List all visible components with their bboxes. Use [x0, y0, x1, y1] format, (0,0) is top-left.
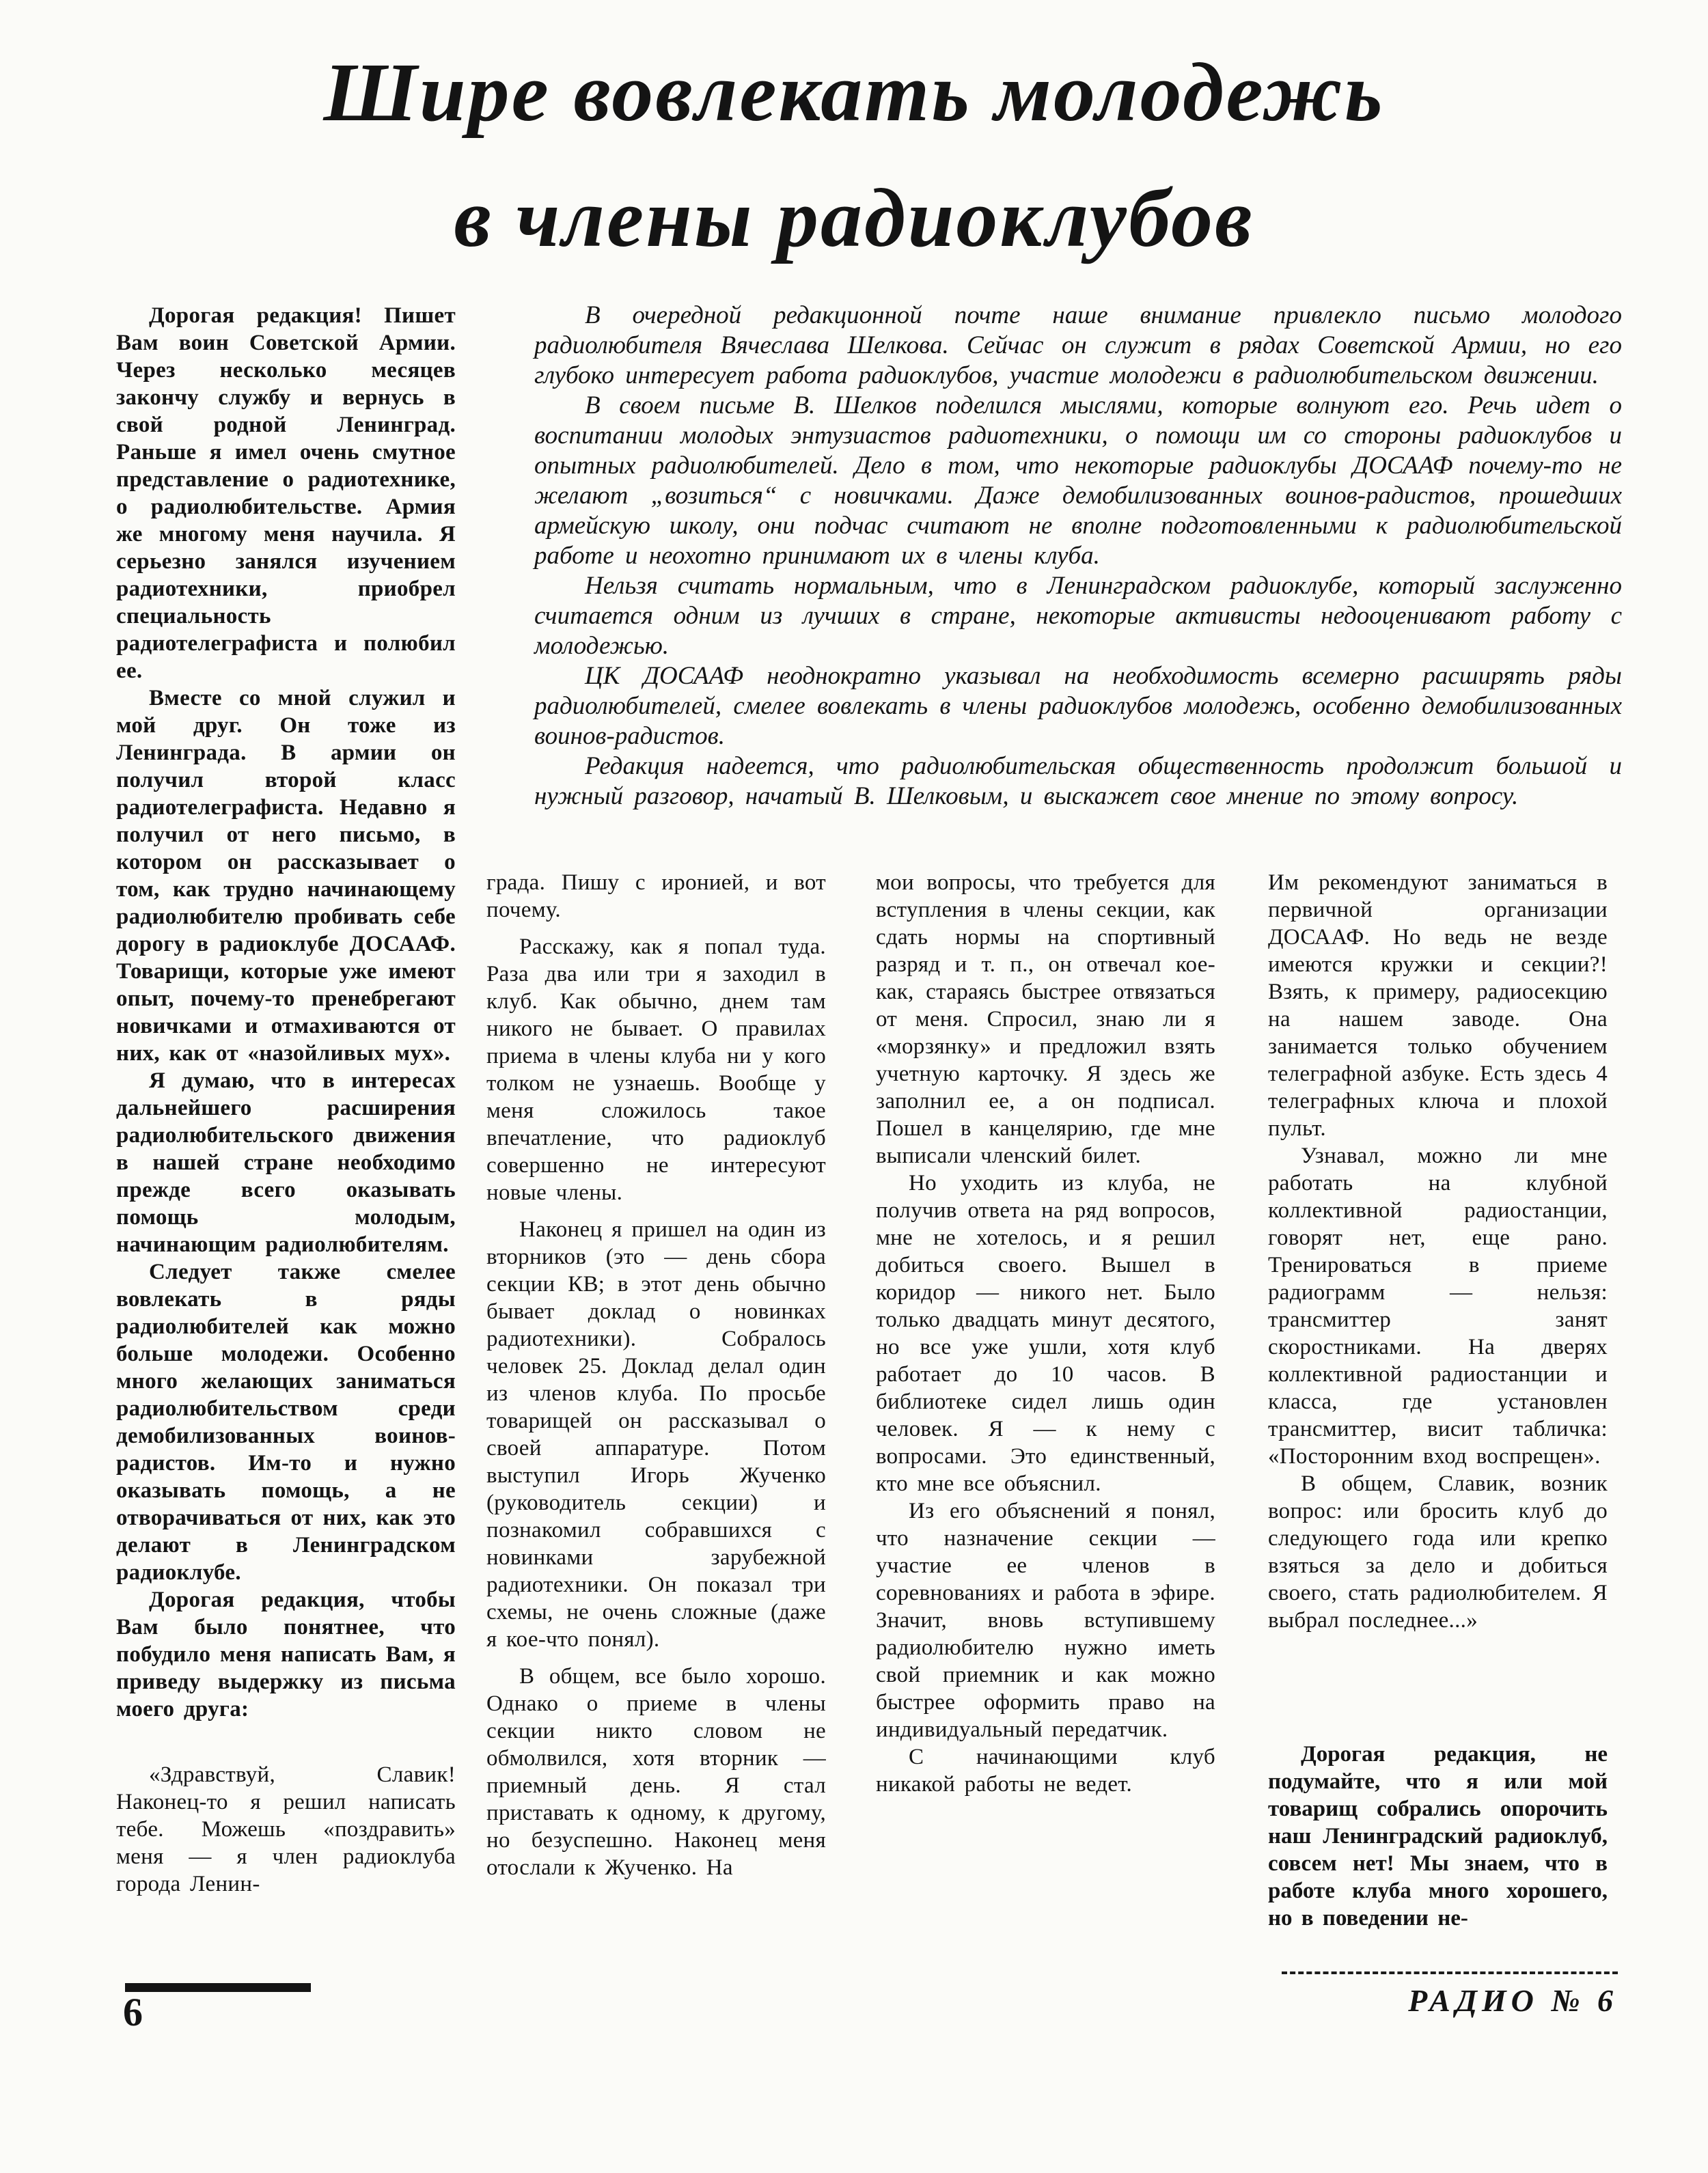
paragraph: В очередной редакционной почте наше вним… [534, 301, 1622, 391]
title-line-2: в члены радиоклубов [0, 156, 1708, 281]
page-title: Шире вовлекать молодежь в члены радиоклу… [0, 30, 1708, 281]
title-line-1: Шире вовлекать молодежь [0, 30, 1708, 156]
quoted-letter-start: «Здравствуй, Славик! Наконец-то я решил … [116, 1761, 456, 1898]
paragraph: Узнавал, можно ли мне работать на клубно… [1268, 1142, 1608, 1470]
paragraph: Редакция надеется, что радиолюбительская… [534, 751, 1622, 812]
footer-bar [125, 1983, 311, 1992]
paragraph: Вместе со мной служил и мой друг. Он тож… [116, 684, 456, 1067]
page-number: 6 [123, 1992, 143, 2033]
paragraph: Расскажу, как я попал туда. Раза два или… [486, 933, 826, 1206]
paragraph: ЦК ДОСААФ неоднократно указывал на необх… [534, 661, 1622, 751]
letter-column-4: Им рекомендуют заниматься в первичной ор… [1268, 869, 1608, 1634]
journal-name: РАДИО № 6 [1282, 1982, 1618, 2019]
paragraph: В общем, все было хорошо. Однако о прием… [486, 1663, 826, 1881]
footer-dashed-rule [1282, 1971, 1618, 1974]
closing-bold-paragraph: Дорогая редакция, не подумайте, что я ил… [1268, 1741, 1608, 1932]
letter-column-3: мои вопросы, что требуется для вступлени… [876, 869, 1215, 1798]
magazine-page: { "page": { "title_line1": "Шире вовлека… [0, 0, 1708, 2173]
paragraph: Но уходить из клуба, не получив ответа н… [876, 1169, 1215, 1497]
paragraph: Следует также смелее вовлекать в ряды ра… [116, 1258, 456, 1586]
paragraph: Из его объяснений я понял, что назначени… [876, 1497, 1215, 1743]
paragraph: В общем, Славик, возник вопрос: или брос… [1268, 1470, 1608, 1634]
paragraph: мои вопросы, что требуется для вступлени… [876, 869, 1215, 1169]
paragraph: Им рекомендуют заниматься в первичной ор… [1268, 869, 1608, 1142]
paragraph: Дорогая редакция, чтобы Вам было понятне… [116, 1586, 456, 1723]
paragraph: града. Пишу с иронией, и вот почему. [486, 869, 826, 924]
letter-column-2: града. Пишу с иронией, и вот почему. Рас… [486, 869, 826, 1881]
paragraph: Дорогая редакция! Пишет Вам воин Советск… [116, 302, 456, 684]
letter-column-1: Дорогая редакция! Пишет Вам воин Советск… [116, 302, 456, 1898]
paragraph: В своем письме В. Шелков поделился мысля… [534, 391, 1622, 571]
editorial-intro: В очередной редакционной почте наше вним… [534, 301, 1622, 812]
paragraph: Я думаю, что в интересах дальнейшего рас… [116, 1067, 456, 1258]
paragraph: Нельзя считать нормальным, что в Ленингр… [534, 571, 1622, 661]
paragraph: С начинающими клуб никакой работы не вед… [876, 1743, 1215, 1798]
paragraph: Дорогая редакция, не подумайте, что я ил… [1268, 1741, 1608, 1932]
paragraph: Наконец я пришел на один из вторников (э… [486, 1216, 826, 1653]
